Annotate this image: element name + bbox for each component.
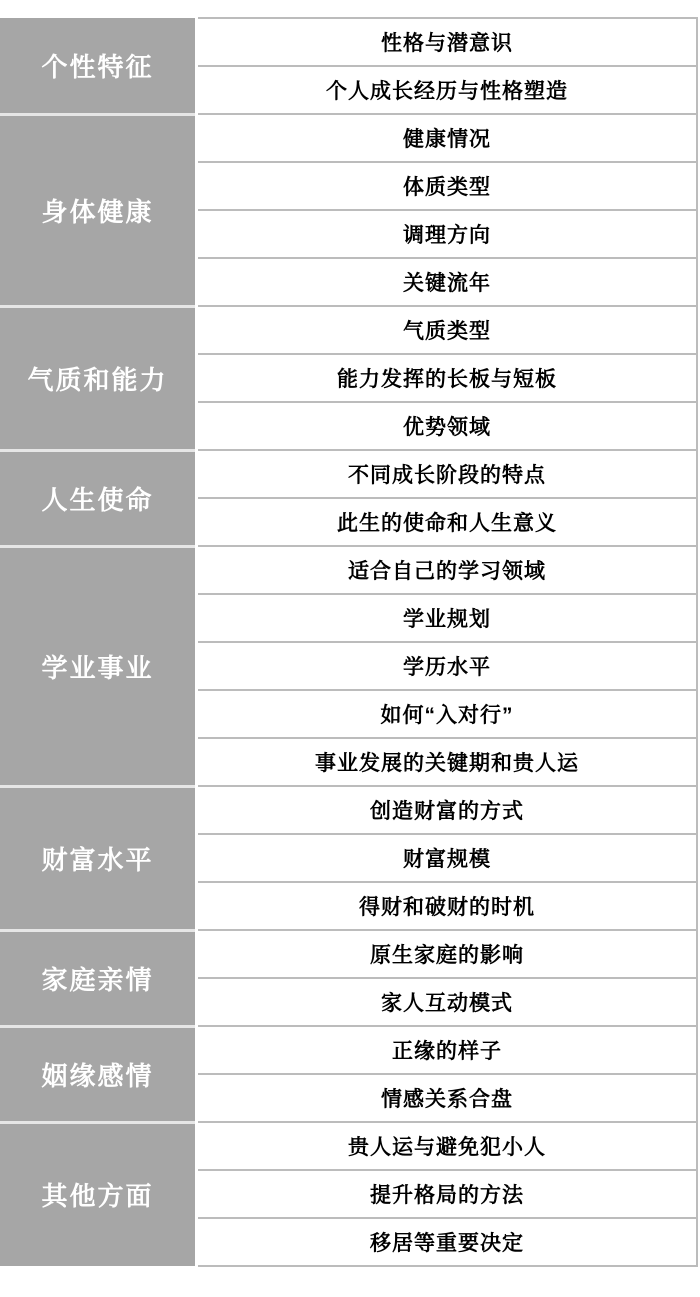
topic-cell: 得财和破财的时机 (197, 882, 698, 930)
consultation-outline-table: 个性特征性格与潜意识个人成长经历与性格塑造身体健康健康情况体质类型调理方向关键流… (0, 17, 698, 1267)
page: 个性特征性格与潜意识个人成长经历与性格塑造身体健康健康情况体质类型调理方向关键流… (0, 0, 700, 1267)
topic-cell: 气质类型 (197, 306, 698, 354)
topic-cell: 优势领域 (197, 402, 698, 450)
topic-cell: 此生的使命和人生意义 (197, 498, 698, 546)
table-row: 身体健康健康情况 (0, 114, 697, 162)
category-cell: 家庭亲情 (0, 930, 197, 1026)
topic-cell: 性格与潜意识 (197, 18, 698, 66)
category-cell: 身体健康 (0, 114, 197, 306)
topic-cell: 家人互动模式 (197, 978, 698, 1026)
topic-cell: 财富规模 (197, 834, 698, 882)
topic-cell: 适合自己的学习领域 (197, 546, 698, 594)
table-row: 财富水平创造财富的方式 (0, 786, 697, 834)
table-row: 人生使命不同成长阶段的特点 (0, 450, 697, 498)
table-row: 气质和能力气质类型 (0, 306, 697, 354)
category-cell: 姻缘感情 (0, 1026, 197, 1122)
table-row: 个性特征性格与潜意识 (0, 18, 697, 66)
topic-cell: 体质类型 (197, 162, 698, 210)
category-cell: 其他方面 (0, 1122, 197, 1266)
category-cell: 学业事业 (0, 546, 197, 786)
topic-cell: 学业规划 (197, 594, 698, 642)
topic-cell: 正缘的样子 (197, 1026, 698, 1074)
table-row: 姻缘感情正缘的样子 (0, 1026, 697, 1074)
topic-cell: 个人成长经历与性格塑造 (197, 66, 698, 114)
category-cell: 个性特征 (0, 18, 197, 114)
topic-cell: 移居等重要决定 (197, 1218, 698, 1266)
category-cell: 人生使命 (0, 450, 197, 546)
topic-cell: 事业发展的关键期和贵人运 (197, 738, 698, 786)
topic-cell: 不同成长阶段的特点 (197, 450, 698, 498)
topic-cell: 提升格局的方法 (197, 1170, 698, 1218)
table-row: 学业事业适合自己的学习领域 (0, 546, 697, 594)
topic-cell: 学历水平 (197, 642, 698, 690)
table-row: 其他方面贵人运与避免犯小人 (0, 1122, 697, 1170)
topic-cell: 原生家庭的影响 (197, 930, 698, 978)
topic-cell: 情感关系合盘 (197, 1074, 698, 1122)
category-cell: 财富水平 (0, 786, 197, 930)
topic-cell: 调理方向 (197, 210, 698, 258)
topic-cell: 创造财富的方式 (197, 786, 698, 834)
topic-cell: 如何“入对行” (197, 690, 698, 738)
topic-cell: 关键流年 (197, 258, 698, 306)
outline-table-body: 个性特征性格与潜意识个人成长经历与性格塑造身体健康健康情况体质类型调理方向关键流… (0, 18, 697, 1266)
topic-cell: 健康情况 (197, 114, 698, 162)
table-row: 家庭亲情原生家庭的影响 (0, 930, 697, 978)
category-cell: 气质和能力 (0, 306, 197, 450)
topic-cell: 贵人运与避免犯小人 (197, 1122, 698, 1170)
topic-cell: 能力发挥的长板与短板 (197, 354, 698, 402)
